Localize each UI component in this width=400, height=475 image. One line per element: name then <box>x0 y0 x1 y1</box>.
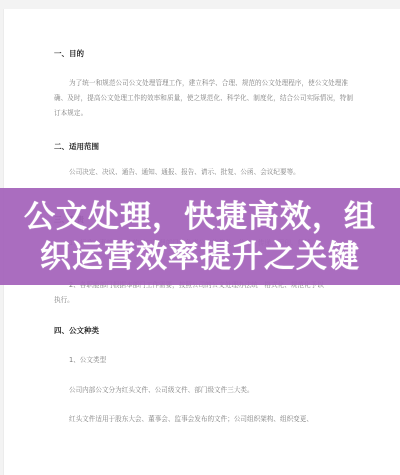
section-paragraph-scope: 公司决定、决议、通告、通知、通报、报告、请示、批复、公函、会议纪要等。 <box>69 166 300 176</box>
banner-title-line-1: 公文处理，快捷高效，组 <box>0 197 400 237</box>
section-paragraph-document-types-1: 公司内部公文分为红头文件、公司级文件、部门级文件三大类。 <box>69 384 254 394</box>
section-paragraph-document-types-2: 红头文件适用于股东大会、董事会、监事会发布的文件；公司组织架构、组织变更、 <box>69 413 313 423</box>
section-heading-purpose: 一、目的 <box>54 48 84 59</box>
section-heading-scope: 二、适用范围 <box>54 141 99 152</box>
section-paragraph-duties-3: 执行。 <box>54 294 74 304</box>
section-heading-document-types: 四、公文种类 <box>54 325 99 336</box>
banner-title-line-2: 织运营效率提升之关键 <box>0 237 400 277</box>
banner-title: 公文处理，快捷高效，组 织运营效率提升之关键 <box>0 197 400 277</box>
section-paragraph-purpose: 为了统一和规范公司公文处理管理工作，建立科学、合理、规范的公文处理程序，使公文处… <box>54 76 354 121</box>
section-subheading-document-types: 1、公文类型 <box>69 354 106 364</box>
